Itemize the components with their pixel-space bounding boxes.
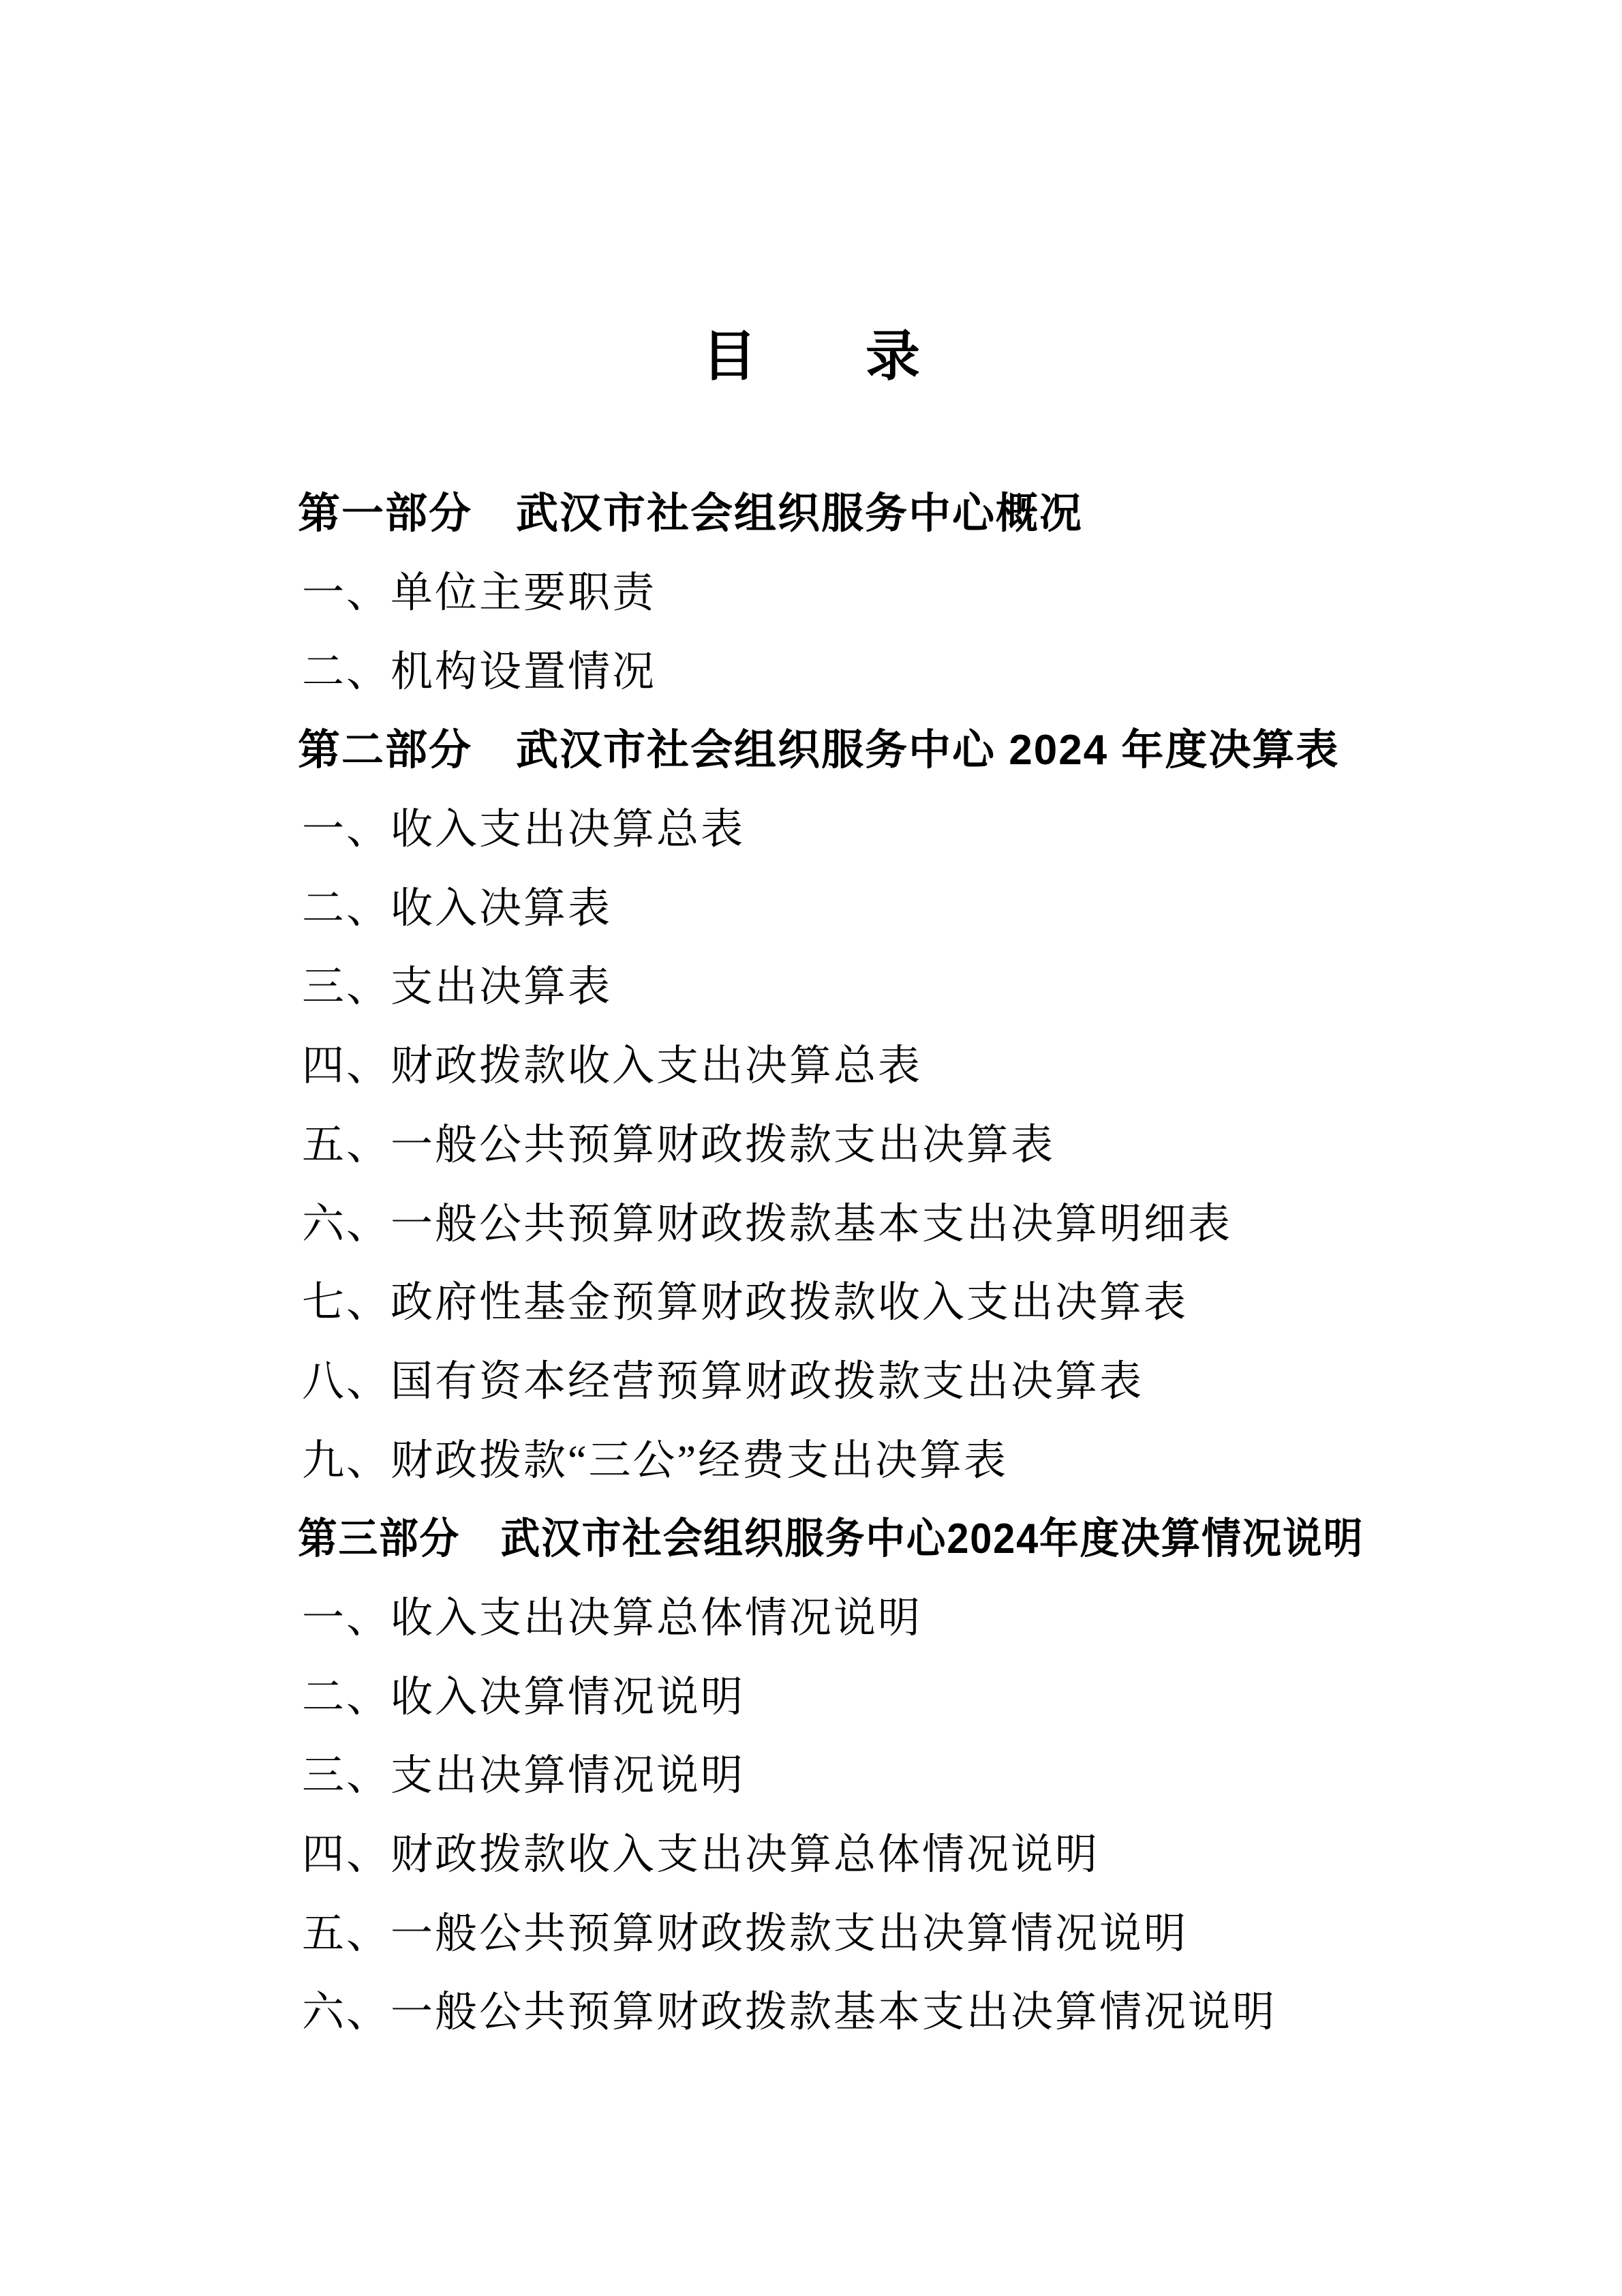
toc-item: 八、国有资本经营预算财政拨款支出决算表 xyxy=(298,1338,1470,1417)
toc-item: 三、支出决算情况说明 xyxy=(298,1732,1470,1811)
toc-item: 三、支出决算表 xyxy=(298,943,1470,1023)
toc-line-text: 第一部分 武汉市社会组织服务中心概况 xyxy=(298,479,1083,540)
toc-line-text: 五、一般公共预算财政拨款支出决算表 xyxy=(302,1111,1055,1171)
toc-line-text: 一、单位主要职责 xyxy=(302,558,656,619)
toc-line-text: 六、一般公共预算财政拨款基本支出决算明细表 xyxy=(302,1190,1232,1250)
toc-item: 一、收入支出决算总表 xyxy=(298,786,1470,865)
toc-item: 四、财政拨款收入支出决算总表 xyxy=(298,1023,1470,1102)
toc-item: 六、一般公共预算财政拨款基本支出决算明细表 xyxy=(298,1180,1470,1259)
document-page: 目 录 第一部分 武汉市社会组织服务中心概况一、单位主要职责二、机构设置情况第二… xyxy=(0,0,1622,2296)
toc-item: 二、收入决算情况说明 xyxy=(298,1653,1470,1732)
toc-line-text: 二、收入决算情况说明 xyxy=(302,1663,745,1723)
toc-item: 六、一般公共预算财政拨款基本支出决算情况说明 xyxy=(298,1969,1470,2048)
toc-item: 九、财政拨款“三公”经费支出决算表 xyxy=(298,1417,1470,1496)
toc-item: 七、政府性基金预算财政拨款收入支出决算表 xyxy=(298,1259,1470,1338)
toc-item: 四、财政拨款收入支出决算总体情况说明 xyxy=(298,1811,1470,1890)
toc-line-text: 一、收入支出决算总表 xyxy=(302,795,745,856)
toc-item: 二、收入决算表 xyxy=(298,864,1470,943)
toc-line-text: 第三部分 武汉市社会组织服务中心2024年度决算情况说明 xyxy=(298,1505,1364,1565)
toc-line-text: 三、支出决算表 xyxy=(302,952,612,1013)
toc-line-text: 三、支出决算情况说明 xyxy=(302,1741,745,1802)
toc-line-text: 第二部分 武汉市社会组织服务中心 2024 年度决算表 xyxy=(298,716,1339,776)
toc-section-heading: 第一部分 武汉市社会组织服务中心概况 xyxy=(298,470,1470,549)
toc-list: 第一部分 武汉市社会组织服务中心概况一、单位主要职责二、机构设置情况第二部分 武… xyxy=(298,470,1470,2048)
toc-line-text: 五、一般公共预算财政拨款支出决算情况说明 xyxy=(302,1899,1188,1960)
toc-line-text: 四、财政拨款收入支出决算总表 xyxy=(302,1031,922,1092)
toc-item: 二、机构设置情况 xyxy=(298,628,1470,707)
toc-line-text: 九、财政拨款“三公”经费支出决算表 xyxy=(302,1426,1008,1487)
toc-line-text: 四、财政拨款收入支出决算总体情况说明 xyxy=(302,1820,1099,1881)
toc-line-text: 一、收入支出决算总体情况说明 xyxy=(302,1584,922,1644)
toc-item: 五、一般公共预算财政拨款支出决算表 xyxy=(298,1102,1470,1181)
toc-item: 一、单位主要职责 xyxy=(298,549,1470,629)
toc-line-text: 六、一般公共预算财政拨款基本支出决算情况说明 xyxy=(302,1978,1276,2038)
page-title: 目 录 xyxy=(0,319,1622,394)
toc-line-text: 二、机构设置情况 xyxy=(302,637,656,698)
toc-item: 一、收入支出决算总体情况说明 xyxy=(298,1575,1470,1654)
toc-line-text: 八、国有资本经营预算财政拨款支出决算表 xyxy=(302,1347,1144,1408)
toc-section-heading: 第三部分 武汉市社会组织服务中心2024年度决算情况说明 xyxy=(298,1496,1470,1575)
toc-section-heading: 第二部分 武汉市社会组织服务中心 2024 年度决算表 xyxy=(298,707,1470,786)
toc-line-text: 七、政府性基金预算财政拨款收入支出决算表 xyxy=(302,1268,1188,1329)
toc-item: 五、一般公共预算财政拨款支出决算情况说明 xyxy=(298,1890,1470,1969)
toc-line-text: 二、收入决算表 xyxy=(302,874,612,935)
